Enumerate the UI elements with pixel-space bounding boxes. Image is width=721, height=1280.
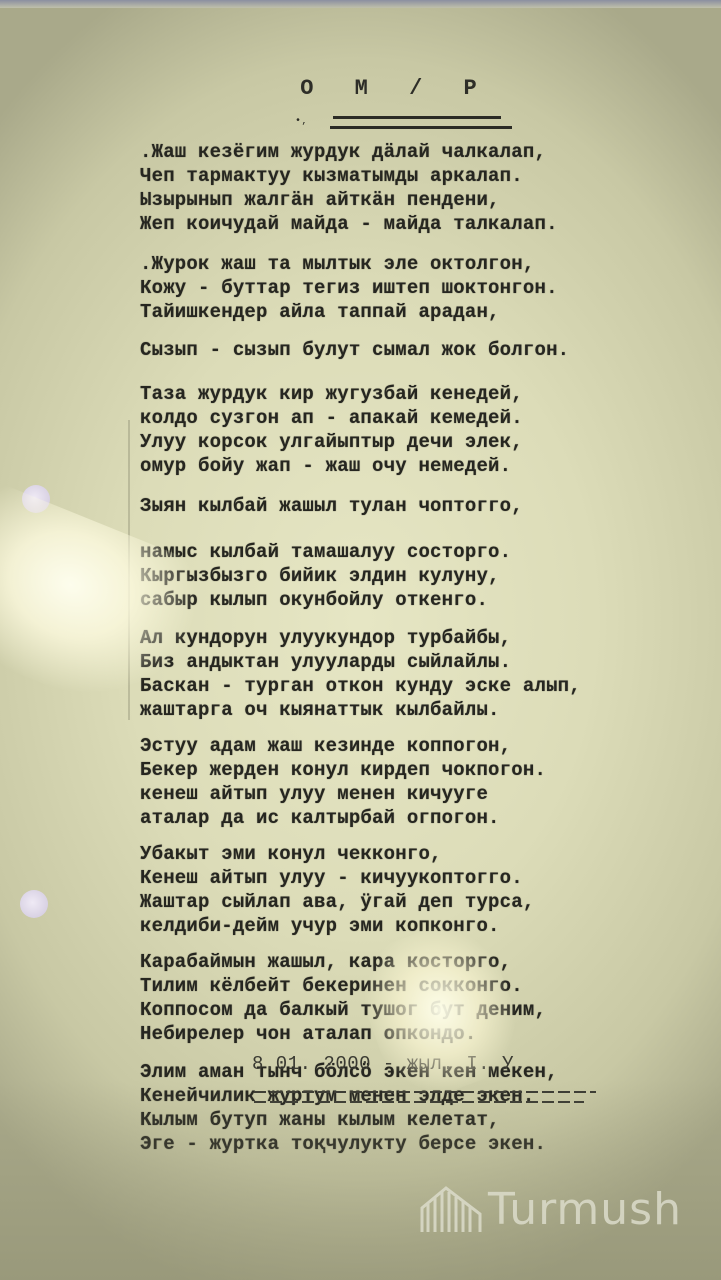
stanza: .Жаш кезёгим журдук дäлай чалкалап,Чеп т… — [140, 140, 600, 236]
watermark-brand: Turmush — [488, 1188, 682, 1232]
poem-line: Эстуу адам жаш кезинде коппогон, — [140, 734, 600, 758]
poem-line: .Журок жаш та мылтык эле октолгон, — [140, 252, 600, 276]
poem-line: Жеп коичудай майда - майда талкалап. — [140, 212, 600, 236]
typewriter-mark: •‚ — [295, 116, 307, 127]
poem-line: Кожу - буттар тегиз иштеп шоктонгон. — [140, 276, 600, 300]
poem-line: Зыян кылбай жашыл тулан чоптогго, — [140, 494, 600, 518]
title-underline — [330, 126, 512, 129]
stanza: Убакыт эми конул чекконго,Кенеш айтып ул… — [140, 842, 600, 938]
table-edge — [0, 0, 721, 8]
poem-line: намыс кылбай тамашалуу состорго. — [140, 540, 600, 564]
watermark-logo: Turmush — [420, 1184, 682, 1232]
punch-hole — [20, 890, 48, 918]
poem-line: Баскан - турган откон кунду эске алып, — [140, 674, 600, 698]
poem-line: кенеш айтып улуу менен кичууге — [140, 782, 600, 806]
poem-line: Таза журдук кир жугузбай кенедей, — [140, 382, 600, 406]
stanza: Эстуу адам жаш кезинде коппогон,Бекер же… — [140, 734, 600, 830]
poem-line: аталар да ис калтырбай огпогон. — [140, 806, 600, 830]
poem-line: келдиби-дейм учур эми копконго. — [140, 914, 600, 938]
stanza: Таза журдук кир жугузбай кенедей,колдо с… — [140, 382, 600, 478]
poem-line: Сызып - сызып булут сымал жок болгон. — [140, 338, 600, 362]
poem-line: Улуу корсок улгайыптыр дечи элек, — [140, 430, 600, 454]
stanza: Ал кундорун улуукундор турбайбы,Биз анды… — [140, 626, 600, 722]
poem-line: омур бойу жап - жаш очу немедей. — [140, 454, 600, 478]
poem-line: Ал кундорун улуукундор турбайбы, — [140, 626, 600, 650]
poem-line: Биз андыктан улууларды сыйлайлы. — [140, 650, 600, 674]
stanza: .Журок жаш та мылтык эле октолгон,Кожу -… — [140, 252, 600, 324]
poem-line: колдо сузгон ап - апакай кемедей. — [140, 406, 600, 430]
stanza: Сызып - сызып булут сымал жок болгон. — [140, 338, 600, 362]
poem-line: Бекер жерден конул кирдеп чокпогон. — [140, 758, 600, 782]
poem-line: .Жаш кезёгим журдук дäлай чалкалап, — [140, 140, 600, 164]
poem-line: Убакыт эми конул чекконго, — [140, 842, 600, 866]
stanza: Зыян кылбай жашыл тулан чоптогго, — [140, 494, 600, 518]
poem-line: сабыр кылып окунбойлу откенго. — [140, 588, 600, 612]
poem-line: Чеп тармактуу кызматымды аркалап. — [140, 164, 600, 188]
bleed-through-text — [601, 60, 721, 940]
poem-line: жаштарга оч кыянаттык кылбайлы. — [140, 698, 600, 722]
poem-line: Небирелер чон аталап опкондо. — [140, 1022, 600, 1046]
poem-line: Тайишкендер айла таппай арадан, — [140, 300, 600, 324]
poem-line: Жаштар сыйлап ава, ÿгай деп турса, — [140, 890, 600, 914]
poem-line: Ызырынып жалгäн айткäн пендени, — [140, 188, 600, 212]
poem-line: Кенеш айтып улуу - кичуукоптогго. — [140, 866, 600, 890]
house-logo-icon — [420, 1184, 482, 1232]
shadow — [0, 1080, 721, 1280]
title-underline — [333, 116, 501, 119]
